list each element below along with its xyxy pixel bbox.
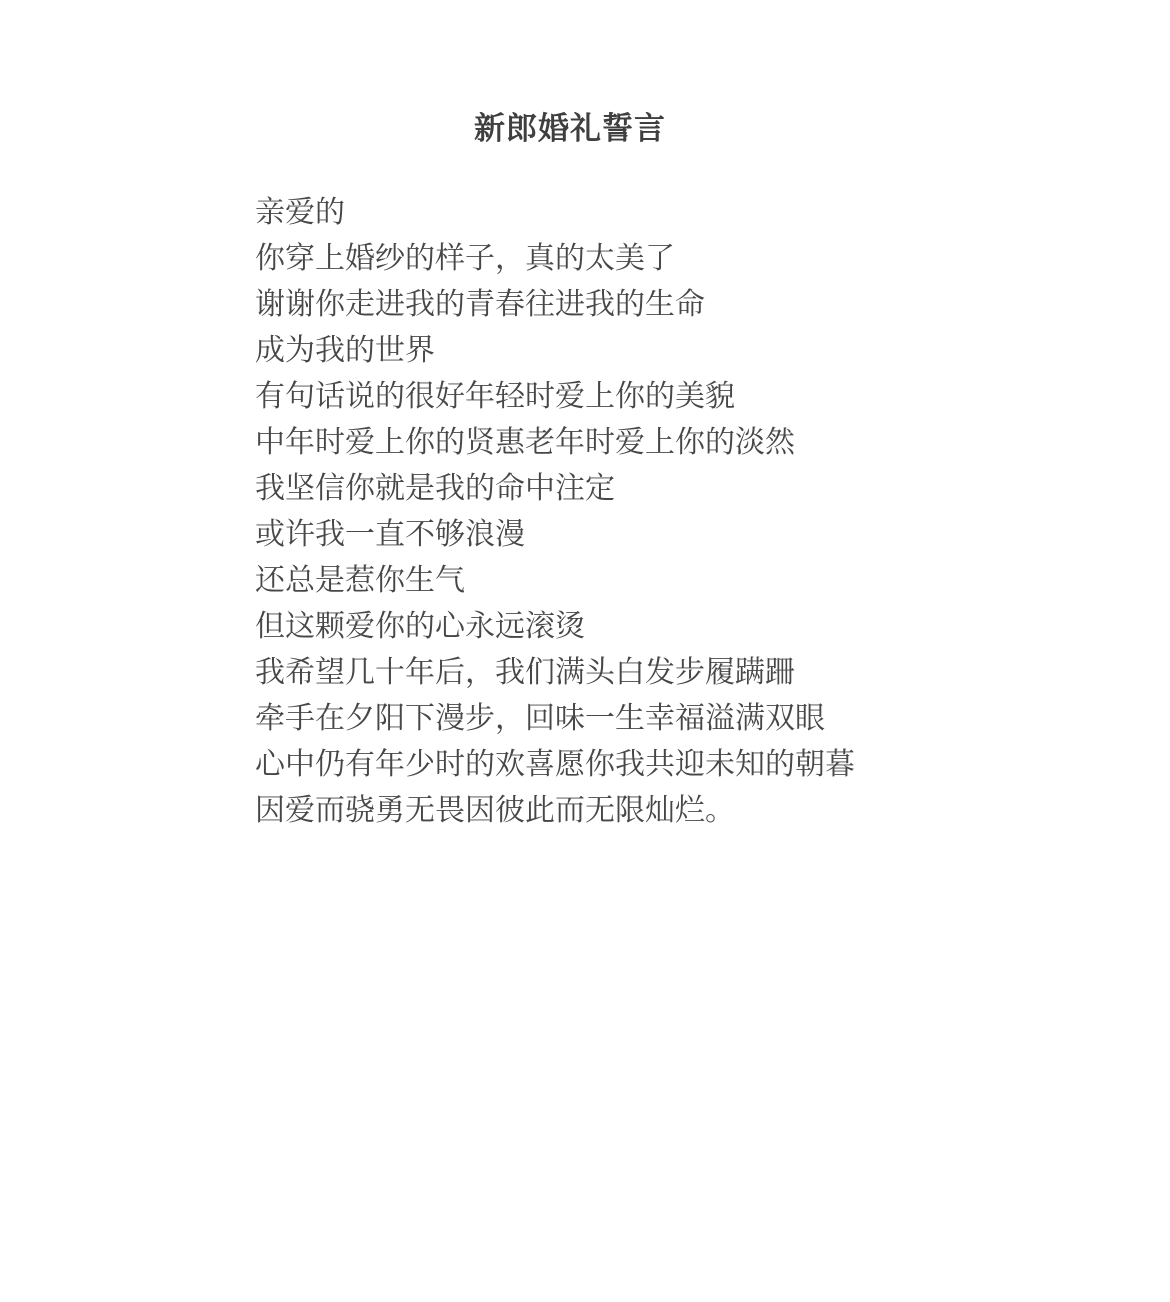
vow-line: 亲爱的 — [255, 190, 975, 236]
vow-line: 成为我的世界 — [255, 328, 975, 374]
vow-line: 中年时爱上你的贤惠老年时爱上你的淡然 — [255, 420, 975, 466]
vow-line: 我希望几十年后，我们满头白发步履蹒跚 — [255, 650, 975, 696]
vow-line: 但这颗爱你的心永远滚烫 — [255, 604, 975, 650]
vow-line: 或许我一直不够浪漫 — [255, 512, 975, 558]
vow-body: 亲爱的 你穿上婚纱的样子，真的太美了 谢谢你走进我的青春往进我的生命 成为我的世… — [255, 190, 975, 834]
vow-line: 谢谢你走进我的青春往进我的生命 — [255, 282, 975, 328]
page-title: 新郎婚礼誓言 — [255, 103, 885, 148]
vow-line: 你穿上婚纱的样子，真的太美了 — [255, 236, 975, 282]
vow-line: 牵手在夕阳下漫步，回味一生幸福溢满双眼 — [255, 696, 975, 742]
vow-line: 因爱而骁勇无畏因彼此而无限灿烂。 — [255, 788, 975, 834]
vow-line: 有句话说的很好年轻时爱上你的美貌 — [255, 374, 975, 420]
vow-document-page: 新郎婚礼誓言 亲爱的 你穿上婚纱的样子，真的太美了 谢谢你走进我的青春往进我的生… — [0, 0, 1170, 1302]
vow-line: 心中仍有年少时的欢喜愿你我共迎未知的朝暮 — [255, 742, 975, 788]
vow-line: 我坚信你就是我的命中注定 — [255, 466, 975, 512]
vow-line: 还总是惹你生气 — [255, 558, 975, 604]
